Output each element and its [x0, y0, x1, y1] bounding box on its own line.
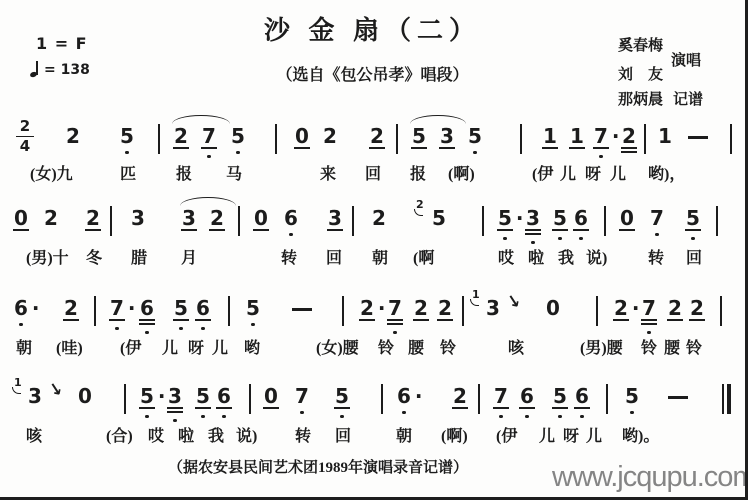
barline: [110, 206, 112, 236]
note-digit: 6: [397, 386, 411, 406]
low-octave-dot: [289, 233, 292, 236]
note: 7: [650, 208, 664, 228]
note: 2·: [614, 298, 640, 318]
augmentation-dot: ·: [158, 384, 166, 408]
lyric-syllable: 转: [281, 245, 297, 268]
note-digit: 1: [543, 126, 557, 146]
note-digit: 2: [86, 208, 100, 228]
note: 3: [131, 208, 145, 228]
underline-beam: [139, 407, 155, 409]
low-octave-dot: [691, 237, 694, 240]
note: 2: [86, 208, 100, 228]
note-digit: 3: [182, 208, 196, 228]
note: 5: [468, 126, 482, 146]
low-octave-dot: [579, 237, 582, 240]
note-digit: 0: [620, 208, 634, 228]
note-digit: 2: [66, 126, 80, 146]
note: 2: [690, 298, 704, 318]
augmentation-dot: ·: [516, 206, 524, 230]
underline-beam: [542, 147, 558, 149]
barline: [94, 296, 96, 326]
note: 6: [196, 298, 210, 318]
lyric-syllable: 儿: [560, 161, 576, 184]
note: 6: [140, 298, 154, 318]
barline: [478, 384, 480, 414]
note-digit: 2: [690, 298, 704, 318]
note: 2: [372, 208, 386, 228]
note: 5: [120, 126, 134, 146]
note: 3: [440, 126, 454, 146]
underline-beam: [181, 229, 197, 231]
underline-beam: [493, 407, 509, 409]
lyric-syllable: 儿: [212, 335, 228, 358]
rest-note: 0: [14, 208, 28, 228]
note-digit: 2: [210, 208, 224, 228]
lyric-syllable: 哟: [244, 335, 260, 358]
note-digit: 0: [264, 386, 278, 406]
note: 1: [543, 126, 557, 146]
lyric-syllable: 说): [236, 423, 257, 446]
underline-beam: [619, 229, 635, 231]
lyric-syllable: 转: [295, 423, 311, 446]
note: 2: [453, 386, 467, 406]
rest-note: 0: [620, 208, 634, 228]
lyric-syllable: 回: [365, 161, 381, 184]
note-digit: 3: [526, 208, 540, 228]
note-digit: 2: [438, 298, 452, 318]
low-octave-dot: [402, 411, 405, 414]
note-digit: 5: [174, 298, 188, 318]
note: 3: [526, 208, 540, 228]
underline-beam: [216, 407, 232, 409]
duration-dash: [668, 396, 688, 399]
underline-beam: [519, 407, 535, 409]
low-octave-dot: [300, 411, 303, 414]
low-octave-dot: [580, 415, 583, 418]
underline-beam: [411, 147, 427, 149]
note-digit: 0: [14, 208, 28, 228]
rest-note: 0: [264, 386, 278, 406]
underline-beam: [437, 319, 453, 321]
underline-beam: [173, 319, 189, 321]
note-digit: 3: [28, 386, 42, 406]
duration-dash: [292, 308, 312, 311]
lyric-syllable: 冬: [86, 245, 102, 268]
note-digit: 5: [432, 208, 446, 228]
note-digit: 7: [388, 298, 402, 318]
note-digit: 3: [486, 298, 500, 318]
note-digit: 5: [140, 386, 154, 406]
sheet-music-page: 1 = F = 138 沙 金 扇（二） （选自《包公吊孝》唱段） 奚春梅 刘 …: [0, 0, 748, 500]
note: 7: [295, 386, 309, 406]
lyric-syllable: 我: [208, 423, 224, 446]
lyric-syllable: 哎: [148, 423, 164, 446]
note-digit: 0: [546, 298, 560, 318]
barline: [352, 206, 354, 236]
low-octave-dot: [236, 151, 239, 154]
score-area: 2425275022535117·21(女)九匹报马来回报(啊)(伊儿呀儿哟)，…: [0, 0, 745, 497]
lyric-syllable: (伊: [496, 423, 517, 446]
slur-arc: [410, 115, 466, 124]
augmentation-dot: ·: [632, 296, 640, 320]
note: 3: [328, 208, 342, 228]
underline-beam: [201, 147, 217, 149]
lyric-syllable: 咳: [26, 423, 42, 446]
barline: [381, 384, 383, 414]
low-octave-dot: [222, 415, 225, 418]
lyric-syllable: (女)九: [30, 161, 73, 184]
note-digit: 6: [574, 208, 588, 228]
low-octave-dot: [340, 415, 343, 418]
lyric-syllable: 哟)，: [648, 161, 685, 184]
note-digit: 7: [494, 386, 508, 406]
lyric-syllable: 儿: [539, 423, 555, 446]
lyric-syllable: 哎: [498, 245, 514, 268]
note: 6: [284, 208, 298, 228]
underline-beam: [13, 229, 29, 231]
final-barline: [722, 384, 731, 414]
watermark-url: www.jcqupu.com: [552, 461, 748, 494]
note: 5: [432, 208, 446, 228]
note: 2·: [360, 298, 386, 318]
time-sig-denominator: 4: [20, 137, 30, 155]
underline-beam: [439, 147, 455, 149]
underline-beam: [294, 147, 310, 149]
lyric-syllable: 腰: [664, 335, 680, 358]
lyric-syllable: (女)腰: [316, 335, 359, 358]
lyric-syllable: 腊: [131, 245, 147, 268]
lyric-syllable: 儿: [162, 335, 178, 358]
low-octave-dot: [145, 331, 148, 334]
note-digit: 2: [174, 126, 188, 146]
note-digit: 5: [686, 208, 700, 228]
barline: [396, 124, 398, 154]
lyric-syllable: (男)腰: [580, 335, 623, 358]
lyric-syllable: 哟)。: [622, 423, 659, 446]
lyric-syllable: (啊): [441, 423, 468, 446]
note: 2: [622, 126, 636, 146]
underline-beam: [387, 323, 403, 325]
rest-note: 0: [78, 386, 92, 406]
low-octave-dot: [558, 415, 561, 418]
note: 7·: [110, 298, 136, 318]
note: 5: [553, 208, 567, 228]
lyric-syllable: (伊: [532, 161, 553, 184]
low-octave-dot: [647, 331, 650, 334]
lyric-syllable: 呀: [585, 161, 601, 184]
note-digit: 2: [44, 208, 58, 228]
grace-hook: [12, 387, 21, 394]
note: 2: [438, 298, 452, 318]
final-bar-thick: [727, 384, 731, 414]
note: 2: [44, 208, 58, 228]
note-digit: 3: [168, 386, 182, 406]
rest-note: 0: [254, 208, 268, 228]
note-digit: 2: [614, 298, 628, 318]
underline-beam: [621, 147, 637, 149]
note-digit: 5: [553, 208, 567, 228]
grace-note: 1: [472, 289, 480, 300]
lyric-syllable: (啊): [448, 161, 475, 184]
note-digit: 7: [642, 298, 656, 318]
note: 6·: [397, 386, 423, 406]
note: 5: [625, 386, 639, 406]
note-digit: 2: [372, 208, 386, 228]
note: 7: [642, 298, 656, 318]
underline-beam: [525, 233, 541, 235]
note: 6: [575, 386, 589, 406]
barline: [462, 296, 464, 326]
note-digit: 6: [196, 298, 210, 318]
grace-note: 1: [14, 377, 22, 388]
note-digit: 6: [520, 386, 534, 406]
note-digit: 2: [360, 298, 374, 318]
barline: [716, 206, 718, 236]
barline: [606, 384, 608, 414]
barline: [482, 206, 484, 236]
note: 2: [370, 126, 384, 146]
augmentation-dot: ·: [415, 384, 423, 408]
underline-beam: [334, 407, 350, 409]
underline-beam: [139, 319, 155, 321]
underline-beam: [173, 147, 189, 149]
low-octave-dot: [145, 415, 148, 418]
note: 6: [217, 386, 231, 406]
barline: [275, 124, 277, 154]
lyric-syllable: 啦: [528, 245, 544, 268]
note-digit: 2: [668, 298, 682, 318]
lyric-syllable: 咳: [508, 335, 524, 358]
lyric-syllable: (哇): [56, 335, 83, 358]
slur-arc: [172, 115, 230, 124]
low-octave-dot: [115, 327, 118, 330]
lyric-syllable: 儿: [610, 161, 626, 184]
note-digit: 5: [120, 126, 134, 146]
lyric-syllable: 铃: [641, 335, 657, 358]
lyric-syllable: 匹: [120, 161, 136, 184]
time-signature: 24: [16, 119, 34, 154]
note-digit: 1: [570, 126, 584, 146]
note: 2: [66, 126, 80, 146]
underline-beam: [209, 229, 225, 231]
barline: [520, 124, 522, 154]
glissando-down-arrow: ↘: [504, 293, 521, 313]
barline: [249, 384, 251, 414]
rest-note: 0: [546, 298, 560, 318]
lyric-syllable: (男)十: [26, 245, 69, 268]
lyric-syllable: 报: [176, 161, 192, 184]
note: 2: [323, 126, 337, 146]
low-octave-dot: [599, 155, 602, 158]
underline-beam: [497, 229, 513, 231]
lyric-syllable: 来: [320, 161, 336, 184]
note-digit: 6: [284, 208, 298, 228]
grace-hook: [414, 209, 423, 216]
low-octave-dot: [201, 415, 204, 418]
note-digit: 5: [412, 126, 426, 146]
barline: [644, 124, 646, 154]
barline: [604, 206, 606, 236]
underline-beam: [574, 407, 590, 409]
note: 2: [174, 126, 188, 146]
low-octave-dot: [558, 237, 561, 240]
note: 5·: [498, 208, 524, 228]
low-octave-dot: [201, 327, 204, 330]
barline: [158, 124, 160, 154]
lyric-syllable: 我: [558, 245, 574, 268]
note: 6·: [14, 298, 40, 318]
low-octave-dot: [251, 323, 254, 326]
note-digit: 2: [414, 298, 428, 318]
note-digit: 2: [323, 126, 337, 146]
note-digit: 3: [328, 208, 342, 228]
note-digit: 0: [78, 386, 92, 406]
note: 5: [553, 386, 567, 406]
lyric-syllable: (啊: [413, 245, 434, 268]
note-digit: 1: [658, 126, 672, 146]
augmentation-dot: ·: [378, 296, 386, 320]
underline-beam: [167, 411, 183, 413]
low-octave-dot: [207, 155, 210, 158]
note-digit: 3: [440, 126, 454, 146]
underline-beam: [569, 147, 585, 149]
underline-beam: [263, 407, 279, 409]
underline-beam: [667, 319, 683, 321]
rest-note: 0: [295, 126, 309, 146]
note: 3: [486, 298, 500, 318]
note: 5: [335, 386, 349, 406]
underline-beam: [109, 319, 125, 321]
note-digit: 5: [196, 386, 210, 406]
note: 7·: [594, 126, 620, 146]
note: 1: [570, 126, 584, 146]
note-digit: 6: [575, 386, 589, 406]
underline-beam: [525, 229, 541, 231]
underline-beam: [641, 319, 657, 321]
underline-beam: [552, 407, 568, 409]
note: 7: [202, 126, 216, 146]
underline-beam: [253, 229, 269, 231]
note: 3: [168, 386, 182, 406]
underline-beam: [689, 319, 705, 321]
low-octave-dot: [393, 331, 396, 334]
slur-arc: [180, 197, 236, 206]
note: 2: [64, 298, 78, 318]
lyric-syllable: 马: [226, 161, 242, 184]
note-digit: 5: [231, 126, 245, 146]
note: 3: [28, 386, 42, 406]
low-octave-dot: [655, 233, 658, 236]
lyric-syllable: 呀: [563, 423, 579, 446]
note-digit: 7: [202, 126, 216, 146]
duration-dash: [688, 136, 708, 139]
lyric-syllable: 儿: [586, 423, 602, 446]
low-octave-dot: [125, 151, 128, 154]
note-digit: 5: [498, 208, 512, 228]
underline-beam: [573, 229, 589, 231]
low-octave-dot: [179, 327, 182, 330]
underline-beam: [167, 407, 183, 409]
note-digit: 2: [64, 298, 78, 318]
lyric-syllable: 回: [335, 423, 351, 446]
lyric-syllable: 朝: [16, 335, 32, 358]
lyric-syllable: 报: [410, 161, 426, 184]
lyric-syllable: 转: [648, 245, 664, 268]
lyric-syllable: 说): [586, 245, 607, 268]
note-digit: 6: [217, 386, 231, 406]
underline-beam: [195, 407, 211, 409]
lyric-syllable: (合): [106, 423, 133, 446]
note-digit: 5: [625, 386, 639, 406]
source-note: （据农安县民间艺术团1989年演唱录音记谱）: [168, 456, 468, 477]
note: 5: [246, 298, 260, 318]
grace-hook: [470, 299, 479, 306]
low-octave-dot: [473, 151, 476, 154]
note-digit: 2: [453, 386, 467, 406]
underline-beam: [195, 319, 211, 321]
lyric-syllable: 腰: [408, 335, 424, 358]
note-digit: 7: [650, 208, 664, 228]
barline: [342, 296, 344, 326]
note: 5·: [140, 386, 166, 406]
low-octave-dot: [525, 415, 528, 418]
note-digit: 0: [254, 208, 268, 228]
note-digit: 2: [622, 126, 636, 146]
barline: [238, 206, 240, 236]
lyric-syllable: 铃: [440, 335, 456, 358]
augmentation-dot: ·: [32, 296, 40, 320]
note-digit: 5: [335, 386, 349, 406]
low-octave-dot: [19, 323, 22, 326]
note: 1: [658, 126, 672, 146]
low-octave-dot: [531, 241, 534, 244]
low-octave-dot: [630, 411, 633, 414]
underline-beam: [369, 147, 385, 149]
underline-beam: [327, 229, 343, 231]
barline: [228, 296, 230, 326]
low-octave-dot: [499, 415, 502, 418]
note-digit: 0: [295, 126, 309, 146]
note: 5: [412, 126, 426, 146]
augmentation-dot: ·: [128, 296, 136, 320]
lyric-syllable: 朝: [372, 245, 388, 268]
note-digit: 6: [140, 298, 154, 318]
note-digit: 7: [594, 126, 608, 146]
underline-beam: [359, 319, 375, 321]
note: 7: [494, 386, 508, 406]
underline-beam: [613, 319, 629, 321]
time-sig-numerator: 2: [20, 117, 30, 135]
underline-beam: [63, 319, 79, 321]
note: 2: [668, 298, 682, 318]
underline-beam: [452, 407, 468, 409]
barline: [730, 124, 732, 154]
lyric-syllable: 回: [326, 245, 342, 268]
note-digit: 3: [131, 208, 145, 228]
barline: [596, 296, 598, 326]
note-digit: 2: [370, 126, 384, 146]
low-octave-dot: [503, 237, 506, 240]
underline-beam: [621, 151, 637, 153]
underline-beam: [552, 229, 568, 231]
note: 5: [196, 386, 210, 406]
note: 6: [574, 208, 588, 228]
lyric-syllable: (伊: [120, 335, 141, 358]
note: 5: [231, 126, 245, 146]
lyric-syllable: 朝: [396, 423, 412, 446]
note: 5: [686, 208, 700, 228]
augmentation-dot: ·: [612, 124, 620, 148]
